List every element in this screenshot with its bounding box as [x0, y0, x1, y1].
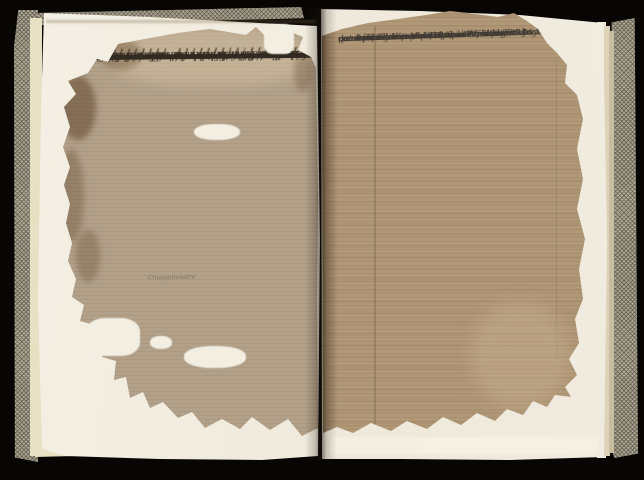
paper-hole [184, 346, 246, 368]
interlinear-note: Cinquantenaire [148, 274, 195, 282]
paper-hole [86, 318, 140, 356]
right-page-bottom-edge [330, 437, 598, 454]
paper-hole [264, 24, 294, 54]
left-page-top-shadow [46, 20, 316, 23]
book-cover-right-edge [610, 18, 638, 458]
fold-line [374, 26, 376, 432]
book-gutter [305, 8, 337, 460]
manuscript-scan: aura un registre sur le quel seront insc… [0, 0, 644, 480]
fold-line [556, 60, 557, 360]
paper-hole [150, 336, 172, 349]
page-edge-stack [609, 31, 614, 453]
stain [76, 230, 100, 282]
sheet-light-patch [470, 300, 570, 410]
paper-hole [194, 124, 240, 140]
